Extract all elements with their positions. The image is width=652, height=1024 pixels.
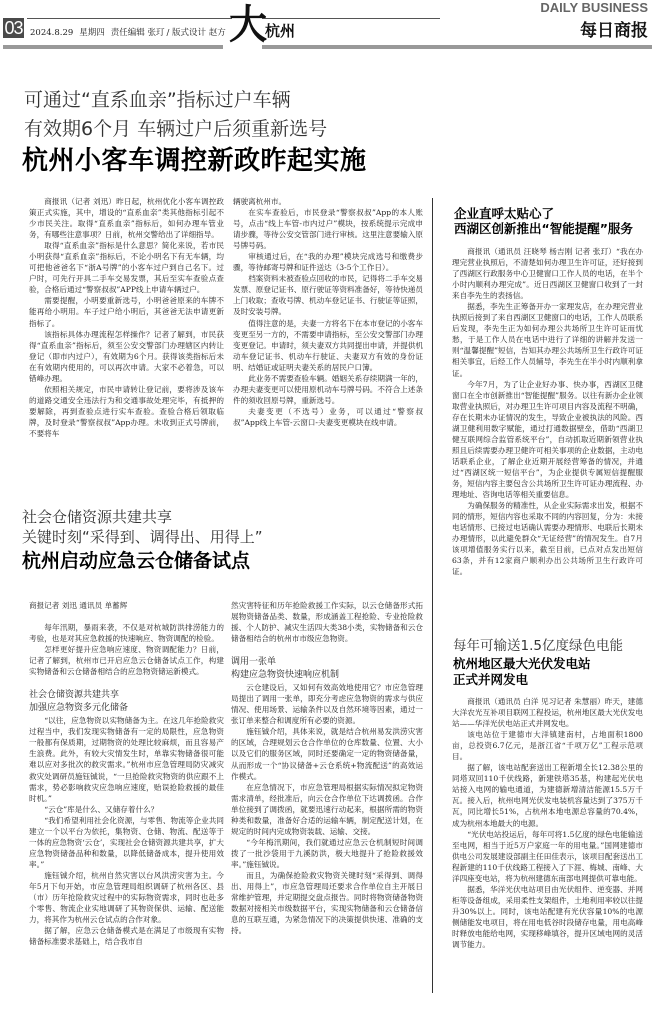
paragraph: “云仓”库是什么、又储存着什么？ — [29, 804, 224, 815]
paragraph: “以往，应急物资以实物储备为主。在这几年抢险救灾过程当中，我们发现实物储备有一定… — [29, 715, 224, 803]
article-kicker: 每年可输送1.5亿度绿色电能 — [453, 638, 623, 654]
masthead: 03 2024.8.29星期四责任编辑 张玎/ 版式设计 赵方 大 杭州 DAI… — [0, 0, 652, 50]
paragraph: “今年梅汛期间，我们就通过应急云仓机制短时间调拨了一批沙袋用于九溪防洪，极大地提… — [231, 837, 423, 870]
article-kicker: 有效期6个月 车辆过户后须重新选号 — [24, 118, 327, 140]
paragraph: 商报讯（通讯员 汪晓琴 杨吉刚 记者 张玎）“我在办理完营业执照后，不清楚如何办… — [452, 246, 643, 301]
paragraph: “光伏电站投运后，每年可将1.5亿度的绿色电能输送至电网，相当于近5万户家庭一年… — [452, 829, 643, 884]
paper-name-en: DAILY BUSINESS — [540, 0, 648, 15]
section-name: 杭州 — [265, 20, 295, 41]
masthead-rule — [262, 18, 440, 19]
article-kicker: 社会仓储资源共建共享 — [22, 508, 172, 526]
paragraph: “我们希望利用社会化资源，与零售、物流等企业共同建立一个以平台为依托，集物资、仓… — [29, 815, 224, 870]
masthead-bar — [262, 45, 652, 49]
section-subhead: 加强应急物资多元化储备 — [29, 702, 224, 715]
paragraph: 而且，为确保抢险救灾物资关键时刻“采得到、调得出、用得上”，市应急管理局还要求合… — [231, 870, 423, 936]
article-column: 然灾害特征和历年抢险救援工作实际，以云仓储备形式拓展物资储备品类、数量，形成涵盖… — [231, 600, 423, 936]
paragraph: 据悉，李先生正筹备开办一家理发店，在办理完营业执照后接到了来自西湖区卫健窗口的电… — [452, 301, 643, 378]
article-column: 商报记者 刘迅 通讯员 单蓄辉 每年汛期，暴雨来袭，不仅是对杭城防洪排涝能力的考… — [29, 600, 224, 947]
page-number: 03 — [3, 18, 24, 38]
masthead-bar — [3, 45, 223, 49]
paragraph: 怎样更好提升应急响应速度、物资调配能力？日前，记者了解到，杭州市已开启应急云仓储… — [29, 644, 224, 677]
paragraph: 辆驶离杭州市。 — [233, 196, 423, 207]
paragraph: 该指标具体办理流程怎样操作？记者了解到，市民获得“直系血亲”指标后，须至公安交警… — [29, 329, 224, 384]
paragraph: 商报讯（通讯员 白洋 见习记者 朱慧丽）昨天，建德大洋农光互补项目联网工程投运，… — [452, 696, 643, 729]
issue-info: 2024.8.29星期四责任编辑 张玎/ 版式设计 赵方 — [30, 26, 232, 38]
designer-credit: / 版式设计 赵方 — [166, 28, 225, 38]
paragraph: 据了解，该电站配套送出工程新增全长12.38公里的同塔双回110千伏线路，新建铁… — [452, 762, 643, 828]
article-headline: 正式并网发电 — [453, 672, 528, 687]
section-logo-char: 大 — [229, 2, 267, 48]
byline: 商报记者 刘迅 通讯员 单蓄辉 — [29, 600, 224, 611]
paragraph: 在实车查验后，市民登录“警察叔叔”App的本人账号，点击“线上车管-市内过户”模… — [233, 207, 423, 251]
section-subhead: 构建应急物资快速响应机制 — [231, 669, 423, 682]
paragraph: 每年汛期，暴雨来袭，不仅是对杭城防洪排涝能力的考验，也是对其应急救援的快速响应、… — [29, 622, 224, 644]
paragraph: 为确保服务的精准性，从企业实际需求出发，根据不同的情形，短信内容也采取不同的内容… — [452, 500, 643, 577]
article-column: 商报讯（通讯员 白洋 见习记者 朱慧丽）昨天，建德大洋农光互补项目联网工程投运，… — [452, 696, 643, 950]
paragraph: 取得“直系血亲”指标是什么意思？简化来说，若市民小明获得“直系血亲”指标后，不论… — [29, 240, 224, 295]
paragraph: 审核通过后，在“我的办理”模块完成选号和缴费步骤，等待邮寄号牌和证件送达（3-5… — [233, 251, 423, 273]
article-column: 商报讯（通讯员 汪晓琴 杨吉刚 记者 张玎）“我在办理完营业执照后，不清楚如何办… — [452, 246, 643, 577]
paragraph: 商报讯（记者 刘迅）昨日起，杭州优化小客车调控政策正式实施，其中，增设的“直系血… — [29, 196, 224, 240]
paragraph: 云仓建设后，又如何有效高效地使用它？市应急管理局提出了调用一张单，即充分考虑应急… — [231, 682, 423, 726]
article-kicker: 可通过“直系血亲”指标过户车辆 — [24, 89, 291, 111]
article-headline: 杭州地区最大光伏发电站 — [453, 656, 591, 671]
paragraph: 据悉，华洋光伏电站项目由光伏组件、逆变器、并网柜等设备组成，采用柔性支架组件，土… — [452, 884, 643, 950]
editor-credit: 责任编辑 张玎 — [111, 28, 165, 38]
paragraph: 档案资料未被查验点回收的市民，记得将二手车交易发票、原登记证书、原行驶证等资料准… — [233, 273, 423, 317]
article-kicker: 关键时刻“采得到、调得出、用得上” — [22, 528, 263, 546]
paragraph: 施钰铖介绍，杭州自然灾害以台风洪涝灾害为主。今年5月下旬开始，市应急管理局组织调… — [29, 870, 224, 925]
article-headline: 企业直呼太贴心了 — [454, 206, 554, 221]
article-column: 辆驶离杭州市。 在实车查验后，市民登录“警察叔叔”App的本人账号，点击“线上车… — [233, 196, 423, 428]
issue-date: 2024.8.29 — [30, 28, 73, 38]
paragraph: 夫妻变更（不选号）业务，可以通过“警察叔叔”App线上车管-云窗口-夫妻变更模块… — [233, 406, 423, 428]
masthead-rule — [27, 18, 232, 19]
paragraph: 在应急情况下，市应急管理局根据实际情况拟定物资需求清单，经批准后，向云仓合作单位… — [231, 782, 423, 837]
paragraph: 此业务不需要查验车辆。婚姻关系存续期满一年的，办理夫妻变更可以使用原机动车号牌号… — [233, 373, 423, 406]
article-column: 商报讯（记者 刘迅）昨日起，杭州优化小客车调控政策正式实施，其中，增设的“直系血… — [29, 196, 224, 439]
paragraph: 值得注意的是，夫妻一方将名下在本市登记的小客车变更至另一方的，不需要申请指标，至… — [233, 318, 423, 373]
issue-weekday: 星期四 — [79, 28, 105, 38]
paragraph: 然灾害特征和历年抢险救援工作实际，以云仓储备形式拓展物资储备品类、数量，形成涵盖… — [231, 600, 423, 644]
paper-name-cn: 每日商报 — [580, 16, 648, 41]
paragraph: 据了解，应急云仓储备模式是在满足了市级现有实物储备标准要求基础上，结合我市自 — [29, 925, 224, 947]
paragraph: 今年7月，为了让企业好办事、快办事，西湖区卫健窗口在全市创新推出“智能提醒”服务… — [452, 379, 643, 501]
paragraph: 依照相关规定，市民申请转让登记前，要将涉及该车的道路交通安全违法行为和交通事故处… — [29, 384, 224, 439]
paragraph: 需要提醒，小明要重新选号，小明爸爸原来的车牌不能再给小明用。车子过户给小明后，其… — [29, 295, 224, 328]
column-divider — [432, 198, 433, 993]
article-headline: 西湖区创新推出“智能提醒”服务 — [454, 221, 633, 236]
paragraph: 该电站位于建德市大洋镇建南村，占地面积1800亩，总投资6.7亿元，是浙江省“千… — [452, 729, 643, 762]
section-subhead: 社会仓储资源共建共享 — [29, 689, 224, 702]
article-headline: 杭州启动应急云仓储备试点 — [22, 550, 250, 572]
article-headline: 杭州小客车调控新政昨起实施 — [22, 146, 367, 176]
paragraph: 施钰铖介绍，具体来说，就是结合杭州易发洪涝灾害的区域，合理规划云仓合作单位的仓库… — [231, 726, 423, 781]
section-subhead: 调用一张单 — [231, 656, 423, 669]
